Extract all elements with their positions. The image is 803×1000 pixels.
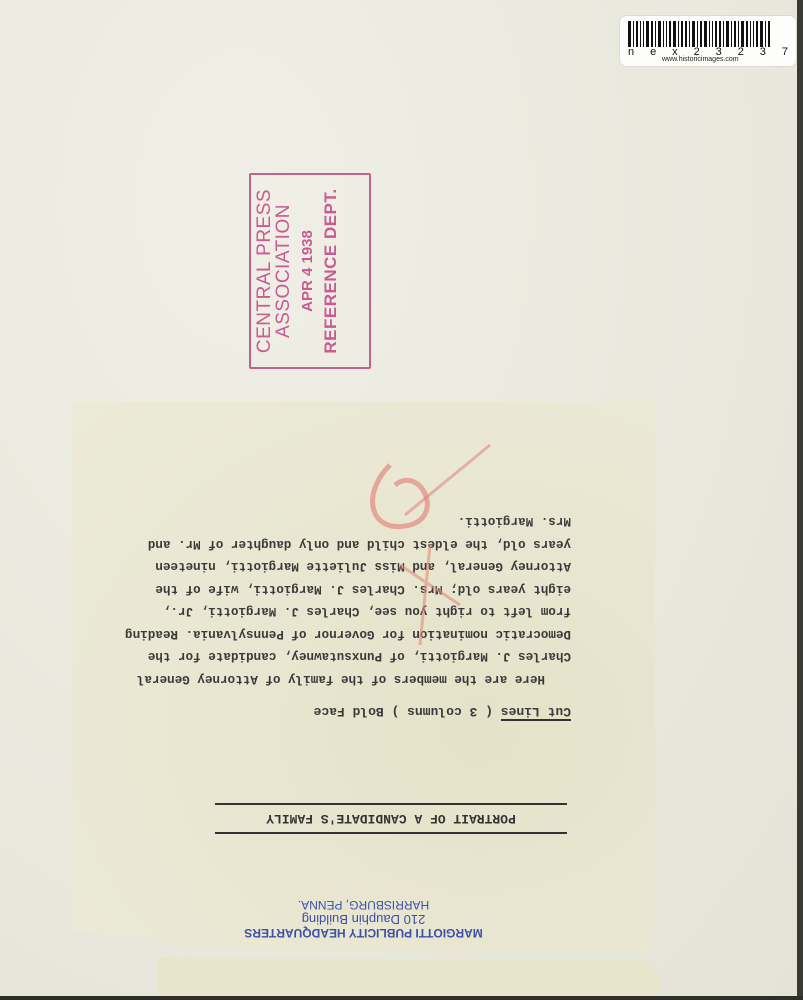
- stamp-org-line1: CENTRAL PRESS: [255, 173, 274, 369]
- caption-line: Mrs. Margiotti.: [71, 510, 571, 533]
- cut-lines-label: Cut Lines: [501, 704, 571, 721]
- caption-line: Democratic nomination for Governor of Pe…: [71, 623, 571, 646]
- caption-line: eight years old; Mrs. Charles J. Margiot…: [71, 578, 571, 601]
- caption-line: years old, the eldest child and only dau…: [71, 533, 571, 556]
- caption-headline: PORTRAIT OF A CANDIDATE'S FAMILY: [215, 803, 567, 834]
- barcode-icon: [628, 21, 788, 47]
- cut-lines-format: ( 3 columns ) Bold Face: [314, 704, 493, 719]
- stamp-department: REFERENCE DEPT.: [321, 173, 341, 369]
- header-city: HARRISBURG, PENNA.: [72, 898, 655, 912]
- caption-body: Here are the members of the family of At…: [71, 510, 571, 690]
- barcode-url: www.historicimages.com: [662, 56, 739, 63]
- scan-edge-bottom: [0, 996, 803, 1000]
- caption-line: Attorney General, and Miss Juliette Marg…: [71, 555, 571, 578]
- stamp-org-line2: ASSOCIATION: [274, 173, 293, 369]
- caption-line: from left to right you see, Charles J. M…: [71, 600, 571, 623]
- scan-edge-right: [797, 0, 803, 1000]
- barcode-label: n e x 2 3 2 3 7 www.historicimages.com: [620, 16, 796, 66]
- tape-strip: [158, 958, 663, 996]
- caption-paper: MARGIOTTI PUBLICITY HEADQUARTERS 210 Dau…: [72, 402, 655, 952]
- stamp-date: APR 4 1938: [299, 173, 317, 369]
- header-org: MARGIOTTI PUBLICITY HEADQUARTERS: [72, 926, 655, 940]
- publicity-header: MARGIOTTI PUBLICITY HEADQUARTERS 210 Dau…: [72, 898, 655, 940]
- cut-lines-spec: Cut Lines ( 3 columns ) Bold Face: [314, 704, 571, 719]
- reference-stamp: CENTRAL PRESS ASSOCIATION APR 4 1938 REF…: [249, 173, 371, 369]
- header-address: 210 Dauphin Building: [72, 912, 655, 926]
- caption-line: Charles J. Margiotti, of Punxsutawney, c…: [71, 645, 571, 668]
- caption-line: Here are the members of the family of At…: [71, 668, 571, 691]
